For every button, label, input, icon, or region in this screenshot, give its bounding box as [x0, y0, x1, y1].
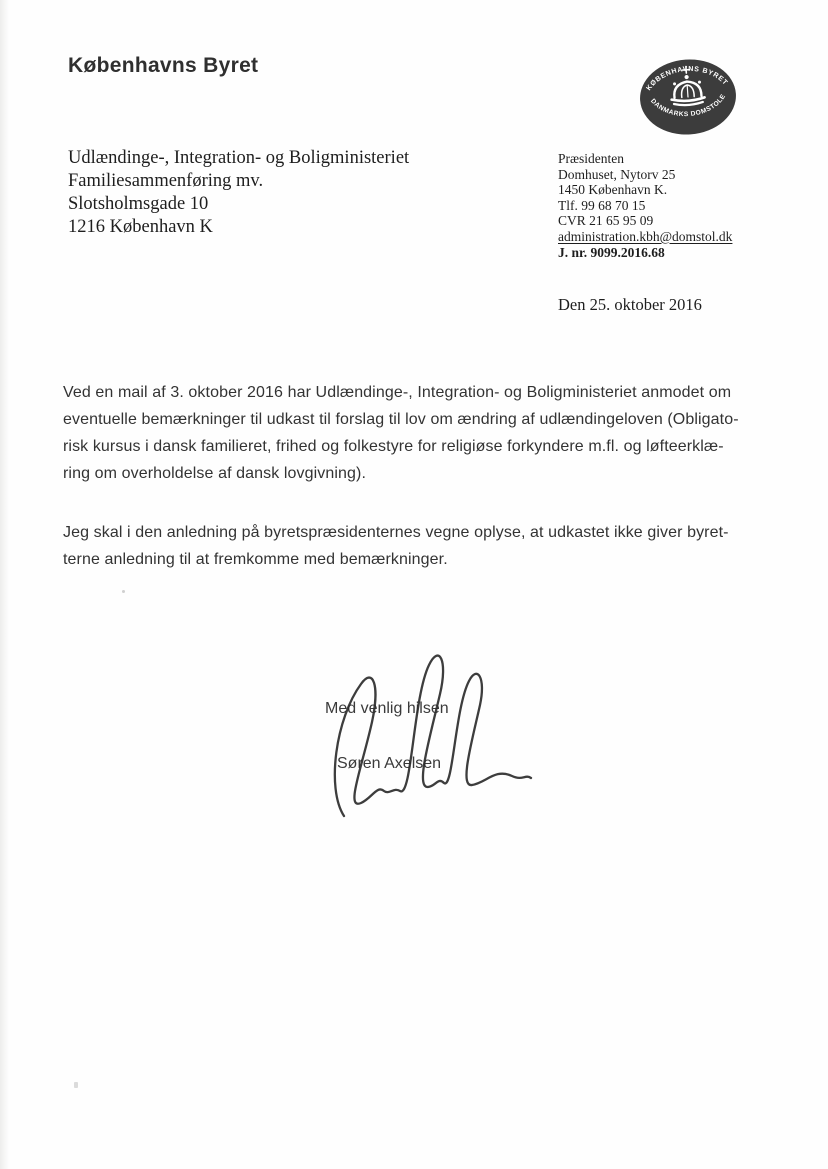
court-seal: KØBENHAVNS BYRET DANMARKS DOMSTOLE: [630, 48, 746, 145]
body-line: risk kursus i dansk familieret, frihed o…: [63, 433, 739, 460]
letter-date: Den 25. oktober 2016: [558, 295, 702, 315]
sender-info-block: Præsidenten Domhuset, Nytorv 25 1450 Køb…: [558, 151, 732, 261]
body-line: Jeg skal i den anledning på byretspræsid…: [63, 519, 729, 546]
sender-line: 1450 København K.: [558, 182, 732, 198]
sender-line: CVR 21 65 95 09: [558, 213, 732, 229]
sender-line: Præsidenten: [558, 151, 732, 167]
case-number: J. nr. 9099.2016.68: [558, 245, 732, 261]
body-line: eventuelle bemærkninger til udkast til f…: [63, 406, 739, 433]
recipient-line: Familiesammenføring mv.: [68, 170, 409, 193]
sender-email: administration.kbh@domstol.dk: [558, 229, 732, 245]
recipient-line: Slotsholmsgade 10: [68, 193, 409, 216]
recipient-line: 1216 København K: [68, 216, 409, 239]
scan-artifact: [122, 590, 125, 593]
body-paragraph-1: Ved en mail af 3. oktober 2016 har Udlæn…: [63, 379, 739, 487]
handwritten-signature: [328, 636, 533, 834]
body-line: terne anledning til at fremkomme med bem…: [63, 546, 729, 573]
body-line: Ved en mail af 3. oktober 2016 har Udlæn…: [63, 379, 739, 406]
recipient-line: Udlændinge-, Integration- og Boligminist…: [68, 147, 409, 170]
body-line: ring om overholdelse af dansk lovgivning…: [63, 460, 739, 487]
sender-line: Tlf. 99 68 70 15: [558, 198, 732, 214]
sender-line: Domhuset, Nytorv 25: [558, 167, 732, 183]
scanned-letter-page: Københavns Byret KØBENHAVNS BYRET DANMAR…: [0, 0, 828, 1169]
body-paragraph-2: Jeg skal i den anledning på byretspræsid…: [63, 519, 729, 573]
scan-edge-shadow: [0, 0, 9, 1169]
scan-artifact: [74, 1082, 78, 1088]
recipient-address-block: Udlændinge-, Integration- og Boligminist…: [68, 147, 409, 239]
court-name-heading: Københavns Byret: [68, 54, 258, 78]
